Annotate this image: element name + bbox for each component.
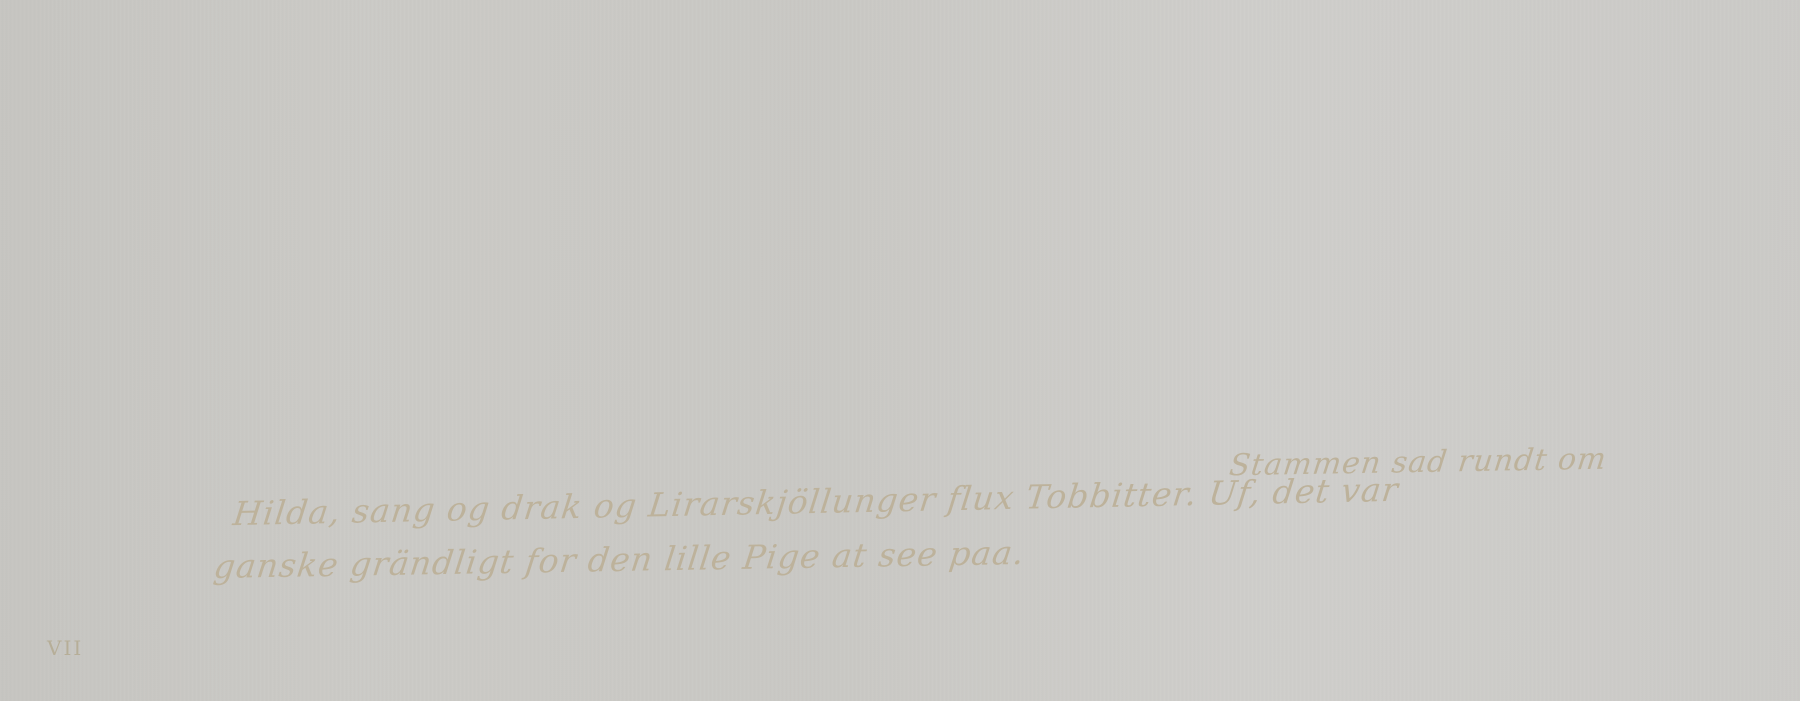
manuscript-page: Stammen sad rundt om Hilda, sang og drak… [0, 0, 1800, 701]
handwritten-line-2: ganske grändligt for den lille Pige at s… [212, 533, 1027, 586]
handwritten-line-1: Hilda, sang og drak og Lirarskjöllunger … [231, 470, 1401, 533]
page-number: VII [47, 636, 83, 660]
